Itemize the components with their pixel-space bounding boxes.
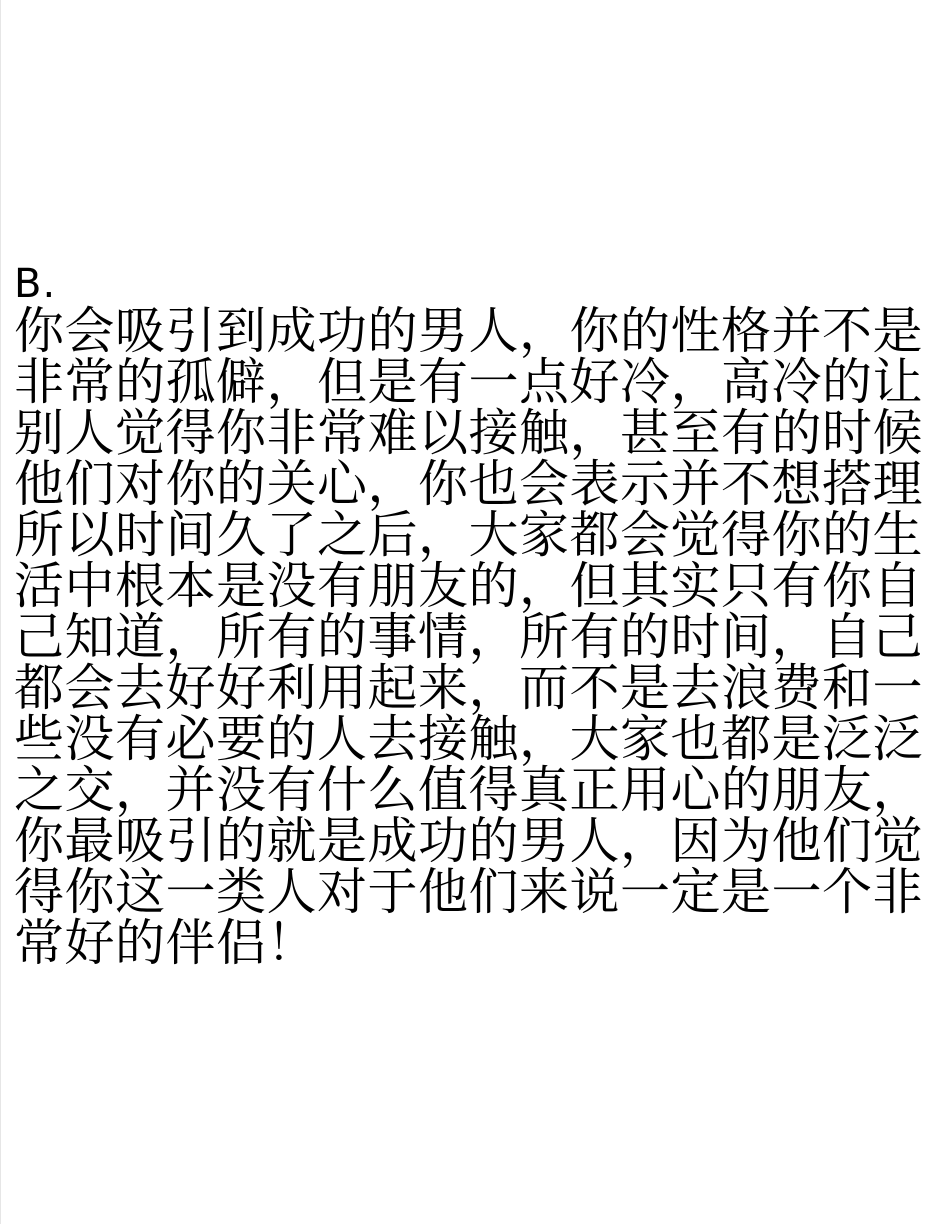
text-line: 你最吸引的就是成功的男人，因为他们觉 <box>14 816 926 867</box>
text-line: 非常的孤僻，但是有一点好冷，高冷的让 <box>14 357 926 408</box>
text-line: 都会去好好利用起来，而不是去浪费和一 <box>14 663 926 714</box>
text-line: 些没有必要的人去接触，大家也都是泛泛 <box>14 714 926 765</box>
text-line: 己知道，所有的事情，所有的时间，自己 <box>14 612 926 663</box>
text-line: 得你这一类人对于他们来说一定是一个非 <box>14 867 926 918</box>
option-heading: B. <box>14 262 926 306</box>
text-line: 活中根本是没有朋友的，但其实只有你自 <box>14 561 926 612</box>
document-body: B. 你会吸引到成功的男人，你的性格并不是 非常的孤僻，但是有一点好冷，高冷的让… <box>14 262 926 969</box>
paragraph: 你会吸引到成功的男人，你的性格并不是 非常的孤僻，但是有一点好冷，高冷的让 别人… <box>14 306 926 969</box>
text-line: 你会吸引到成功的男人，你的性格并不是 <box>14 306 926 357</box>
text-line: 之交，并没有什么值得真正用心的朋友， <box>14 765 926 816</box>
text-line: 所以时间久了之后，大家都会觉得你的生 <box>14 510 926 561</box>
text-line: 他们对你的关心，你也会表示并不想搭理， <box>14 459 926 510</box>
text-line: 别人觉得你非常难以接触，甚至有的时候， <box>14 408 926 459</box>
left-edge-divider <box>0 0 1 1224</box>
text-line: 常好的伴侣！ <box>14 918 926 969</box>
